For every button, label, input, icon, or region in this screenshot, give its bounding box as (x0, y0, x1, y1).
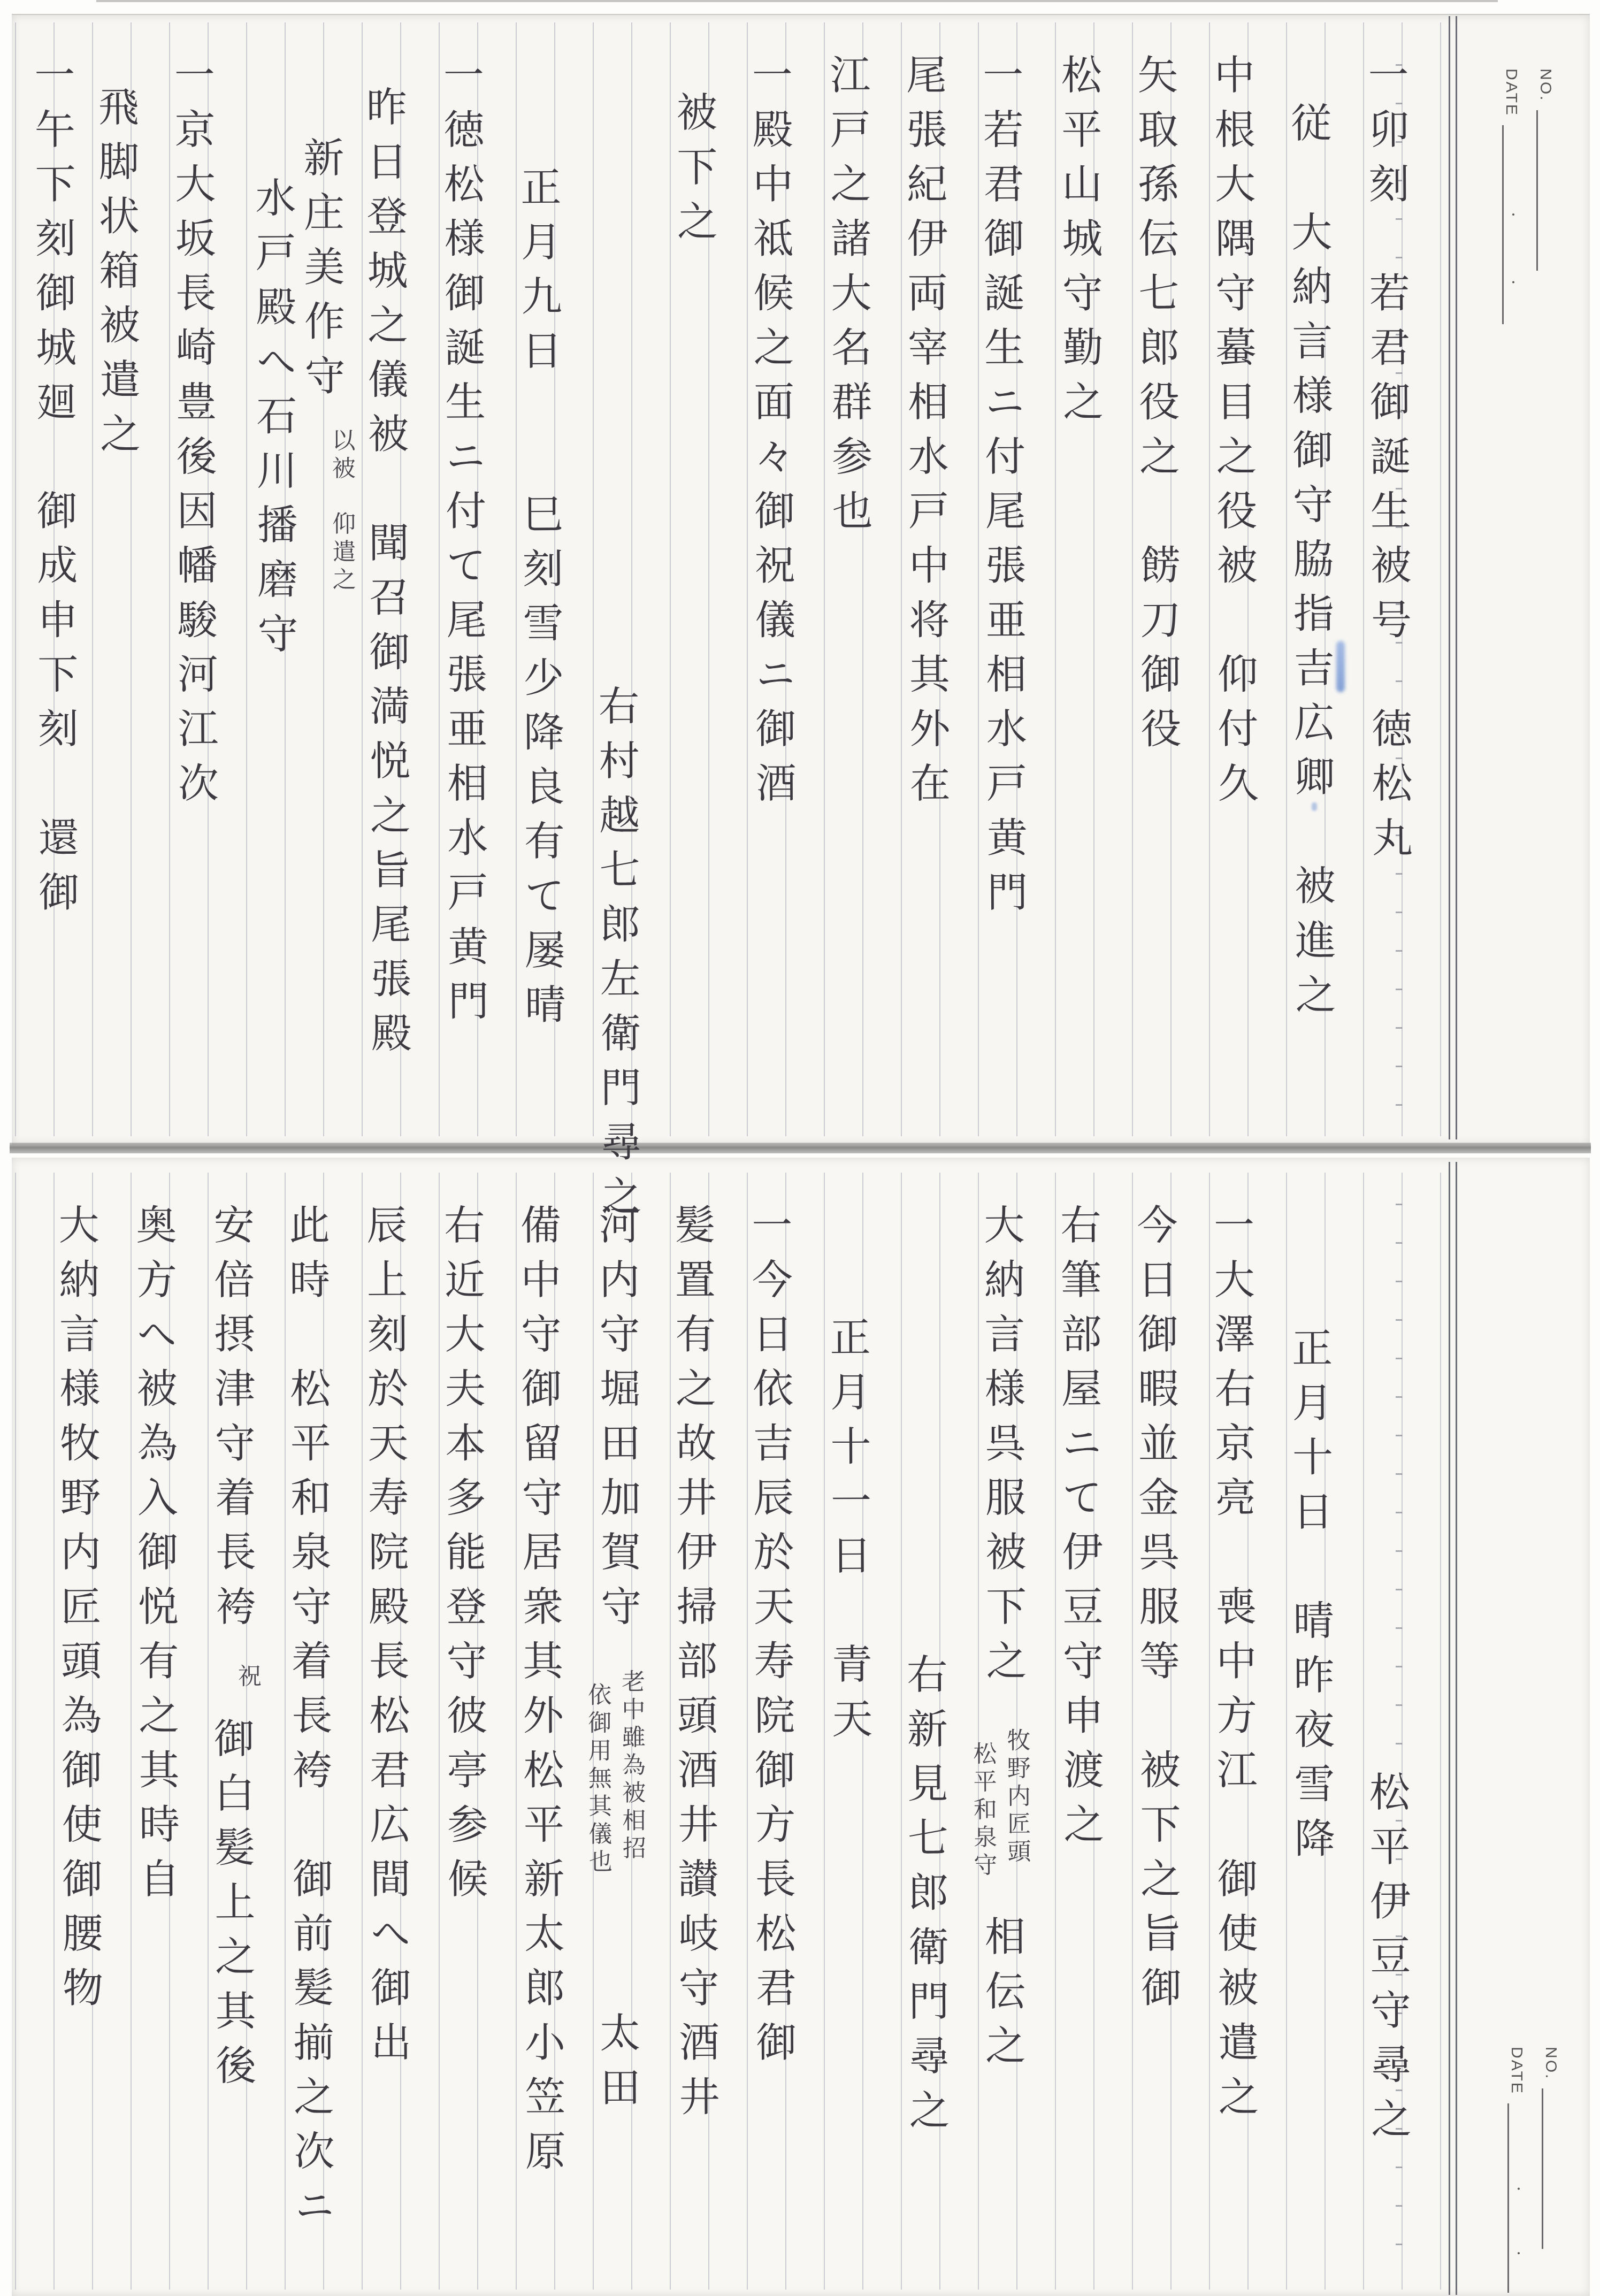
handwriting-column-p2c1: 松平伊豆守尋之 (1357, 1771, 1418, 2152)
margin-double-rule-page-2 (1449, 1162, 1457, 2295)
handwriting-column-p2c14: 辰上刻於天寿院殿長松君広間へ御出 (355, 1204, 418, 2076)
no-underline (1536, 110, 1538, 271)
handwriting-column-p1c7: 尾張紀伊両宰相水戸中将其外在 (894, 53, 956, 816)
handwriting-column-p2c11: 河内守堀田加賀守 (587, 1204, 647, 1640)
no-field: NO. (1542, 2047, 1560, 2293)
handwriting-column-p2c13: 右近大夫本多能登守彼亭参候 (432, 1204, 494, 1912)
handwriting-column-p2c16b: 御白髪上之其後 (202, 1717, 262, 2099)
handwriting-column-p2c16: 安倍摂津守着長袴 (202, 1204, 262, 1640)
handwriting-column-p1c1: 一卯刻 若君御誕生被号 徳松丸 (1356, 53, 1419, 871)
no-underline (1542, 2088, 1543, 2249)
no-label: NO. (1536, 68, 1555, 102)
handwriting-column-p2c4: 今日御暇並金呉服等 被下之旨御 (1125, 1204, 1188, 2021)
handwriting-column-p1c14: 昨日登城之儀被 聞召御満悦之旨尾張殿 (354, 86, 418, 1067)
handwriting-column-p2c16a: 祝 (230, 1664, 264, 1692)
handwriting-column-p2c8: 正月十一日 青天 (818, 1316, 878, 1752)
handwriting-column-p1c10: 被下之 (664, 91, 724, 255)
date-label: DATE (1507, 2047, 1526, 2095)
handwriting-column-p1c12: 正月九日 巳刻雪少降良有て屡晴 (509, 166, 572, 1038)
handwriting-column-p2c11a: 老中雖為被相招 (614, 1669, 649, 1864)
no-field: NO. (1536, 68, 1555, 347)
scan-top-edge (96, 0, 1498, 2)
handwriting-column-p1c19: 飛脚状箱被遣之 (86, 86, 147, 467)
handwriting-column-p1c5: 松平山城守勤之 (1049, 53, 1109, 435)
handwriting-column-p1c11: 右村越七郎左衛門尋之 (586, 685, 647, 1230)
handwriting-column-p1c6: 一若君御誕生ニ付尾張亜相水戸黄門 (971, 53, 1034, 925)
handwriting-column-p1c4: 矢取孫伝七郎役之 餝刀御役 (1126, 53, 1188, 762)
handwriting-column-p2c6b: 松平和泉守 (965, 1741, 1000, 1880)
date-underline: ・ ・ (1502, 125, 1504, 324)
handwriting-column-p2c7: 右新見七郎衛門尋之 (895, 1653, 956, 2144)
no-label: NO. (1542, 2047, 1560, 2080)
margin-double-rule-page-1 (1449, 16, 1457, 1139)
page-corner-header-1: NO. DATE ・ ・ (1502, 68, 1555, 347)
handwriting-column-p2c5: 右筆部屋ニて伊豆守申渡之 (1048, 1204, 1110, 1858)
date-separator-dot: ・ (1505, 209, 1522, 222)
date-separator-dot: ・ (1505, 277, 1522, 290)
date-underline: ・ ・ (1507, 2103, 1509, 2293)
handwriting-column-p1c13: 一徳松様御誕生ニ付て尾張亜相水戸黄門 (431, 53, 495, 1035)
handwriting-column-p1c2: 従 大納言様御守脇指吉広卿 被進之 (1279, 102, 1342, 1028)
handwriting-column-p2c18: 大納言様牧野内匠頭為御使御腰物 (47, 1204, 109, 2021)
handwriting-column-p1c8: 江戸之諸大名群参也 (818, 53, 879, 544)
handwriting-column-p1c17: 以被 仰遣之 (324, 428, 359, 595)
handwriting-column-p1c16: 水戸殿へ石川播磨守 (243, 177, 304, 667)
date-separator-dot: ・ (1511, 2247, 1527, 2261)
handwriting-column-p1c20: 一午下刻御城廻 御成申下刻 還御 (22, 53, 86, 925)
date-field: DATE ・ ・ (1507, 2047, 1526, 2293)
handwriting-column-p1c9: 一殿中祗候之面々御祝儀ニ御酒 (740, 53, 802, 816)
handwriting-column-p1c3: 中根大隅守蟇目之役被 仰付久 (1202, 53, 1264, 816)
handwriting-column-p2c9: 一今日依吉辰於天寿院御方長松君御 (740, 1204, 803, 2076)
handwriting-column-p2c6a: 牧野内匠頭 (999, 1728, 1034, 1867)
handwriting-column-p2c10: 髪置有之故井伊掃部頭酒井讃岐守酒井 (662, 1204, 725, 2130)
date-separator-dot: ・ (1511, 2183, 1527, 2196)
ink-dot-blue (1312, 802, 1317, 811)
handwriting-column-p2c3: 一大澤右京亮 喪中方江 御使被遣之 (1201, 1204, 1265, 2130)
handwriting-column-p2c15: 此時 松平和泉守着長袴 御前髪揃之次ニ (277, 1204, 341, 2239)
handwriting-column-p2c11c: 太田 (587, 2011, 646, 2121)
handwriting-column-p2c6c: 相伝之 (973, 1915, 1032, 2079)
ink-smudge-blue (1336, 641, 1345, 692)
handwriting-column-p2c17: 奥方へ被為入御悦有之其時自 (124, 1204, 186, 1912)
handwriting-column-p1c18: 一京大坂長崎豊後因幡駿河江次 (162, 53, 224, 816)
handwriting-column-p2c2: 正月十日 晴昨夜雪降 (1280, 1327, 1341, 1872)
page-seam (10, 1143, 1591, 1153)
manuscript-scan: NO. DATE ・ ・ NO. DATE ・ ・ 一卯刻 若君御誕生被号 徳松… (0, 0, 1600, 2296)
date-label: DATE (1502, 68, 1520, 117)
date-field: DATE ・ ・ (1502, 68, 1520, 347)
handwriting-column-p2c12: 備中守御留守居衆其外松平新太郎小笠原 (508, 1204, 572, 2185)
handwriting-column-p2c6: 大納言様呉服被下之 (972, 1204, 1033, 1694)
page-corner-header-2: NO. DATE ・ ・ (1507, 2047, 1560, 2293)
handwriting-column-p2c11b: 依御用無其儀也 (580, 1682, 615, 1877)
